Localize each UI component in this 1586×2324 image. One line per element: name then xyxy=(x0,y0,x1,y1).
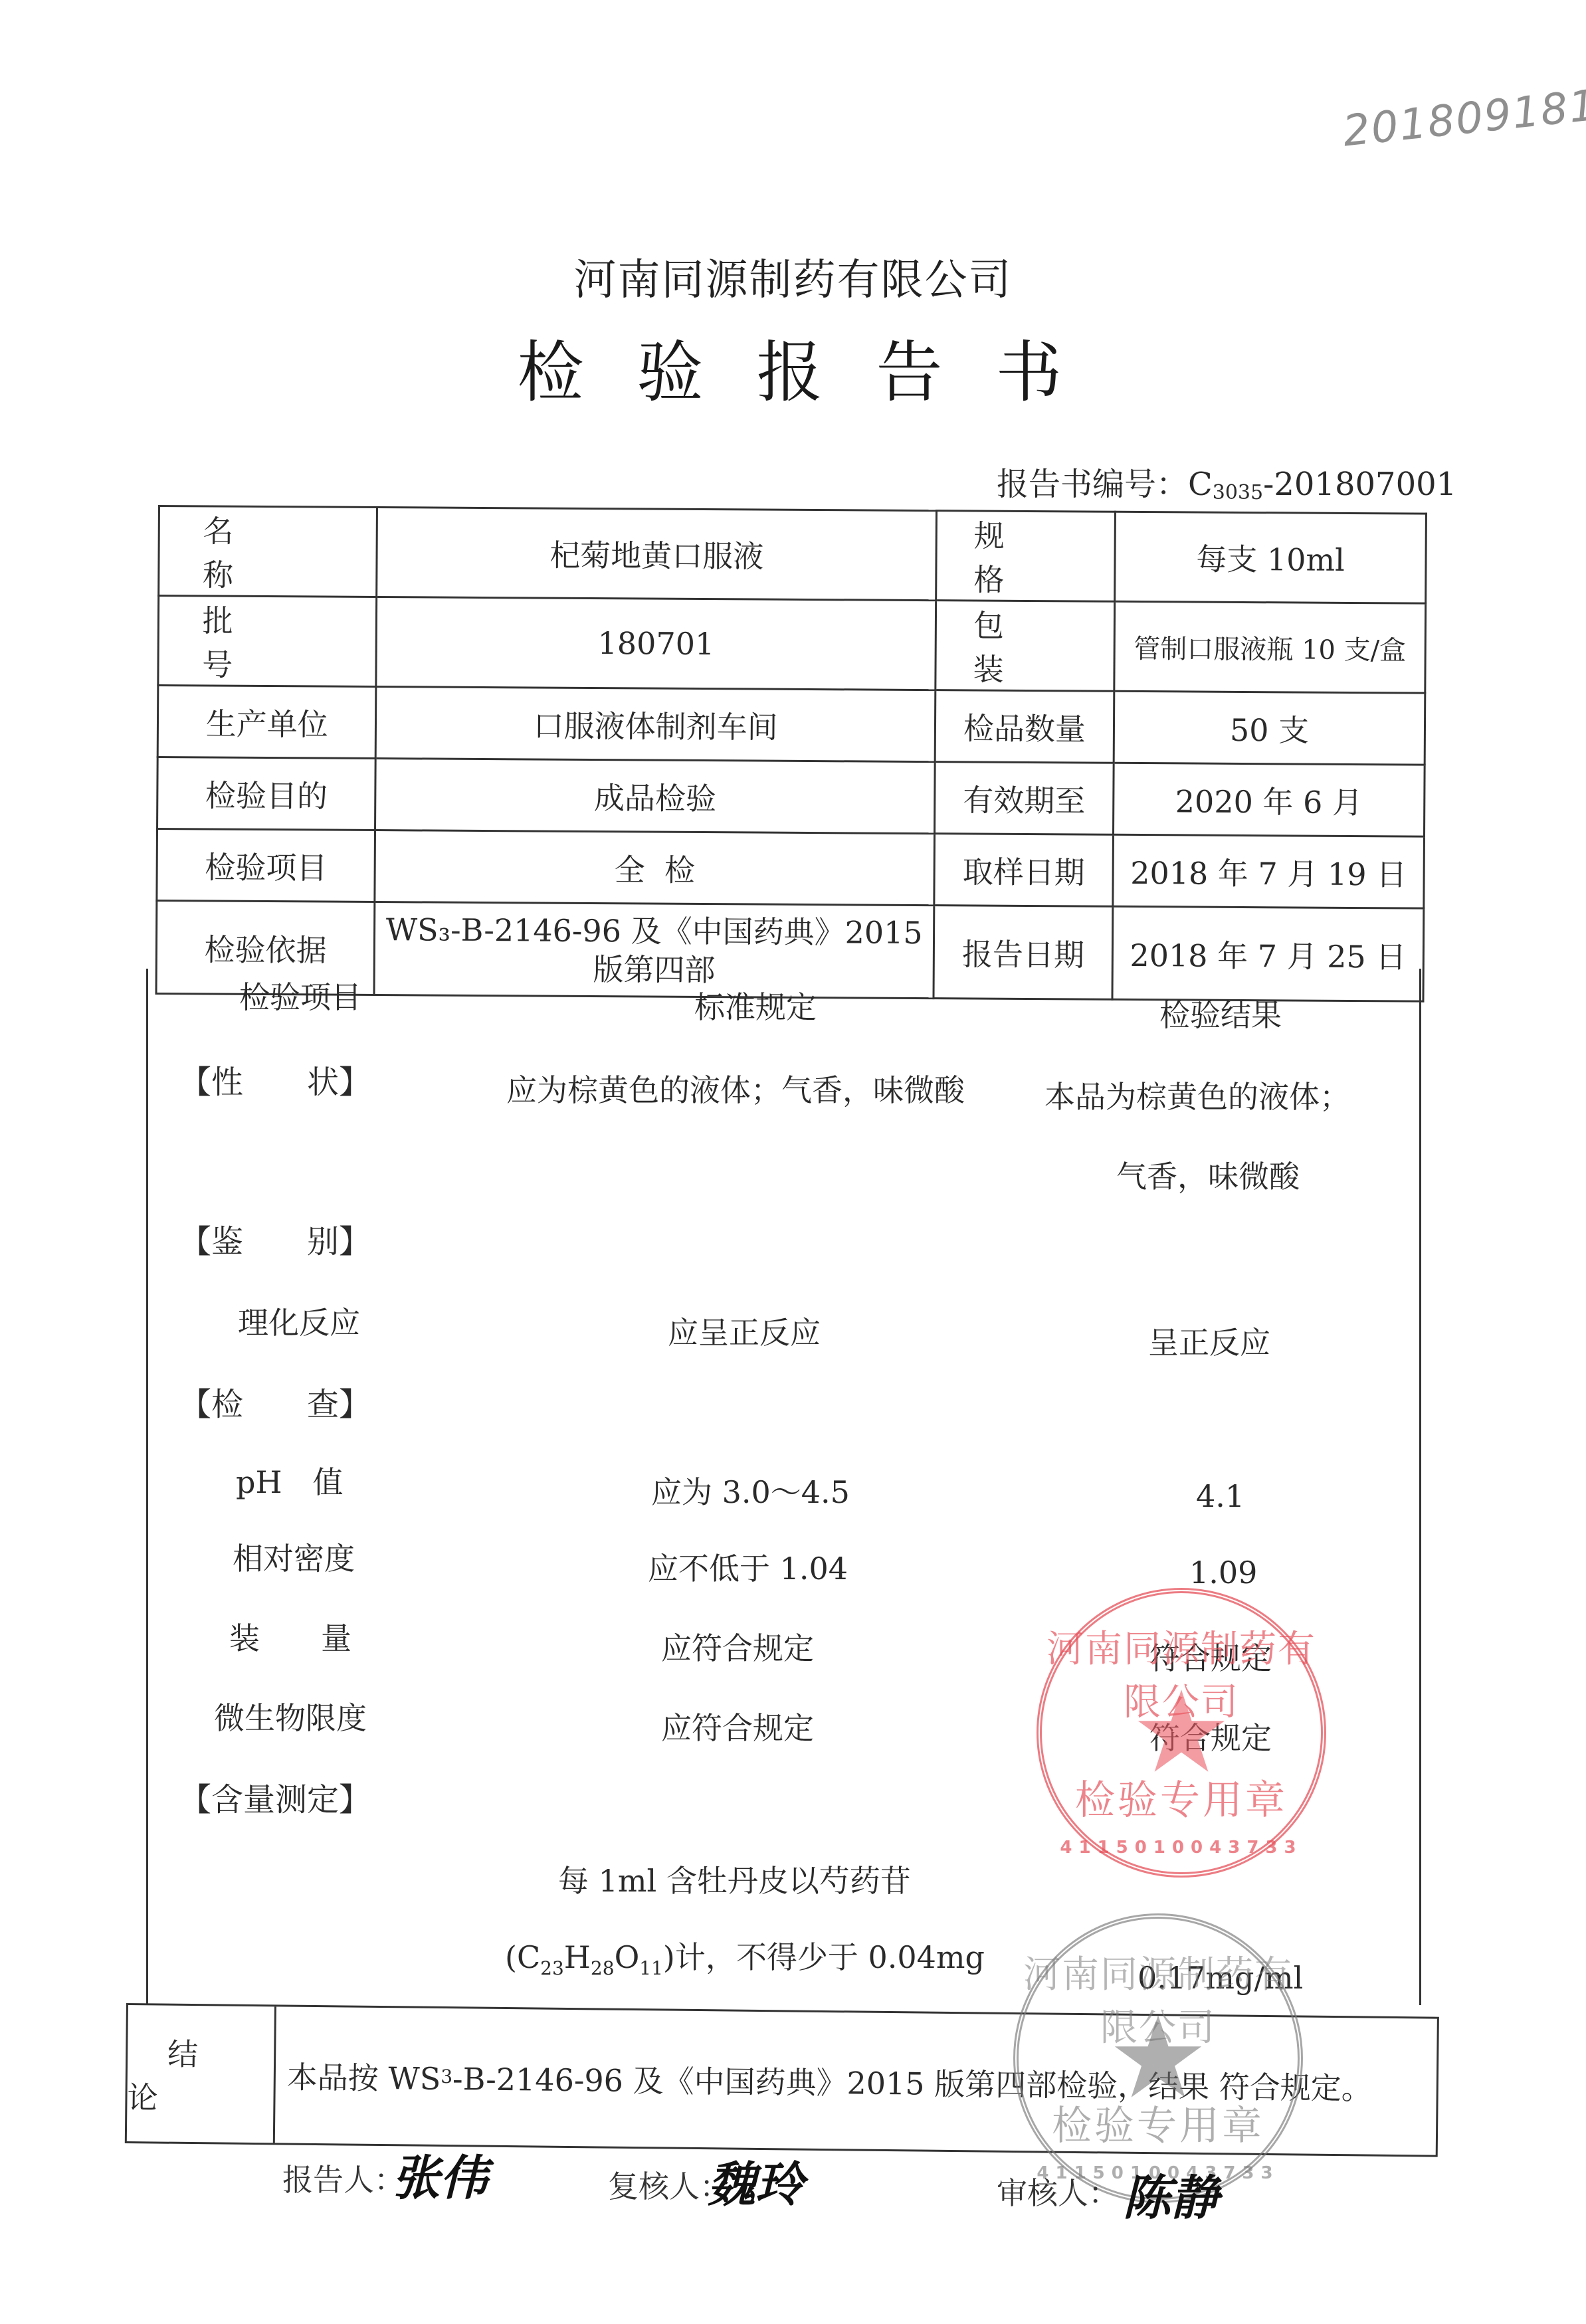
inspection-result-ph: 4.1 xyxy=(1196,1478,1244,1514)
inspection-standard-fill: 应符合规定 xyxy=(661,1624,814,1668)
col-header-result: 检验结果 xyxy=(1159,991,1282,1035)
label-sampling-date: 取样日期 xyxy=(934,834,1114,907)
appearance-result-line1: 本品为棕黄色的液体； xyxy=(1044,1073,1350,1117)
inspection-item-ph: pH 值 xyxy=(236,1458,344,1502)
reporter-label: 报告人： xyxy=(282,2156,405,2200)
identification-standard: 应呈正反应 xyxy=(668,1309,821,1353)
info-row-purpose: 检验目的 成品检验 有效期至 2020 年 6 月 xyxy=(157,757,1425,837)
reviewer-signature: 魏玲 xyxy=(708,2146,803,2215)
label-expiry: 有效期至 xyxy=(934,762,1114,835)
approver-label: 审核人： xyxy=(997,2169,1119,2213)
company-name: 河南同源制药有限公司 xyxy=(0,246,1586,307)
label-purpose: 检验目的 xyxy=(157,757,376,830)
label-producer: 生产单位 xyxy=(157,686,376,759)
value-items: 全 检 xyxy=(375,830,934,906)
report-number-suffix: -201807001 xyxy=(1263,466,1456,503)
value-batch: 180701 xyxy=(376,597,936,690)
section-assay: 【含量测定】 xyxy=(179,1774,371,1820)
inspection-item-fill: 装 量 xyxy=(229,1614,351,1658)
conclusion-label: 结论 xyxy=(127,2005,276,2143)
value-name: 杞菊地黄口服液 xyxy=(377,508,936,601)
label-quantity: 检品数量 xyxy=(935,690,1114,763)
value-producer: 口服液体制剂车间 xyxy=(376,687,936,762)
report-number-prefix: C xyxy=(1188,466,1213,503)
report-number-sub: 3035 xyxy=(1213,481,1263,504)
report-number: 报告书编号：C3035-201807001 xyxy=(997,458,1456,504)
report-number-label: 报告书编号： xyxy=(997,466,1188,503)
inspection-item-density: 相对密度 xyxy=(233,1535,355,1579)
approver-signature: 陈静 xyxy=(1123,2159,1219,2228)
value-spec: 每支 10ml xyxy=(1115,512,1427,603)
label-name: 名称 xyxy=(159,506,377,597)
value-package: 管制口服液瓶 10 支/盒 xyxy=(1114,601,1426,693)
reporter-signature: 张伟 xyxy=(392,2139,488,2208)
handwritten-note: 201809181021 xyxy=(1341,72,1586,156)
info-row-producer: 生产单位 口服液体制剂车间 检品数量 50 支 xyxy=(157,686,1425,765)
label-package: 包装 xyxy=(936,601,1115,692)
inspection-item-microbial: 微生物限度 xyxy=(214,1694,367,1738)
document-title: 检验报告书 xyxy=(0,319,1586,415)
inspection-seal-red: 河南同源制药有限公司 ★ 检验专用章 4115010043733 xyxy=(1037,1588,1326,1878)
assay-standard-line1: 每 1ml 含牡丹皮以芍药苷 xyxy=(558,1857,911,1901)
identification-result: 呈正反应 xyxy=(1148,1319,1270,1363)
value-sampling-date: 2018 年 7 月 19 日 xyxy=(1113,834,1425,908)
inspection-result-density: 1.09 xyxy=(1189,1555,1257,1591)
label-items: 检验项目 xyxy=(157,829,375,902)
assay-standard-line2: (C23H28O11)计，不得少于 0.04mg xyxy=(505,1933,985,1979)
identification-item: 理化反应 xyxy=(238,1299,360,1343)
inspection-standard-density: 应不低于 1.04 xyxy=(648,1545,848,1589)
info-row-batch: 批号 180701 包装 管制口服液瓶 10 支/盒 xyxy=(158,596,1426,694)
col-header-standard: 标准规定 xyxy=(694,983,817,1027)
section-inspection: 【检 查】 xyxy=(179,1379,371,1424)
value-purpose: 成品检验 xyxy=(375,759,935,834)
value-basis-line1: WS₃-B-2146-96 及《中国药典》2015 xyxy=(379,910,929,952)
label-batch: 批号 xyxy=(158,596,377,687)
section-appearance: 【性 状】 xyxy=(179,1056,371,1102)
value-expiry: 2020 年 6 月 xyxy=(1114,763,1425,836)
value-quantity: 50 支 xyxy=(1114,691,1425,765)
product-info-table: 名称 杞菊地黄口服液 规格 每支 10ml 批号 180701 包装 管制口服液… xyxy=(155,505,1427,1003)
label-spec: 规格 xyxy=(936,511,1116,602)
section-identification: 【鉴 别】 xyxy=(179,1216,371,1262)
info-row-name: 名称 杞菊地黄口服液 规格 每支 10ml xyxy=(159,506,1427,604)
inspection-standard-microbial: 应符合规定 xyxy=(661,1704,814,1748)
appearance-standard: 应为棕黄色的液体；气香，味微酸 xyxy=(506,1066,965,1110)
appearance-result-line2: 气香，味微酸 xyxy=(1116,1153,1300,1197)
inspection-standard-ph: 应为 3.0～4.5 xyxy=(651,1468,850,1512)
info-row-items: 检验项目 全 检 取样日期 2018 年 7 月 19 日 xyxy=(157,829,1425,909)
col-header-item: 检验项目 xyxy=(239,973,361,1017)
